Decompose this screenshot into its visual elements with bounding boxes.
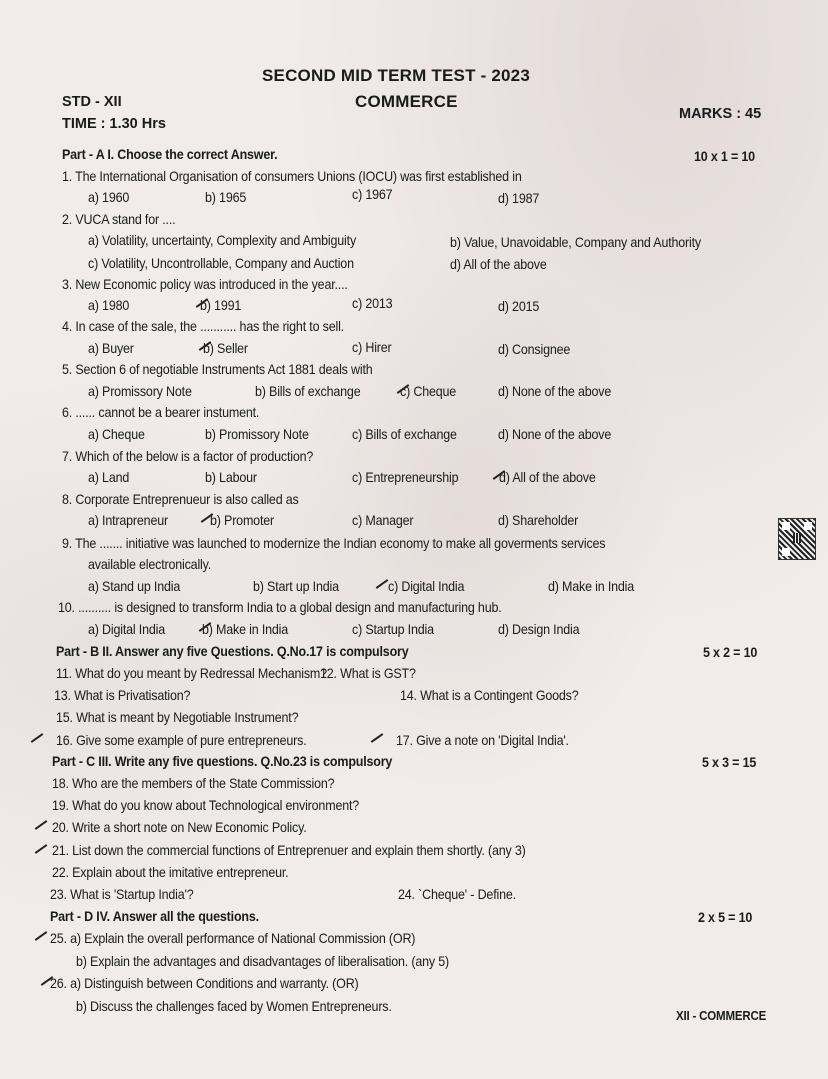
- marks-label: MARKS : 45: [679, 106, 761, 122]
- option: c) Volatility, Uncontrollable, Company a…: [88, 256, 354, 271]
- question-9-cont: available electronically.: [88, 557, 211, 572]
- question-19: 19. What do you know about Technological…: [52, 798, 359, 813]
- question-23: 23. What is 'Startup India'?: [50, 887, 194, 902]
- option: c) Startup India: [352, 622, 434, 637]
- question-13: 13. What is Privatisation?: [54, 688, 190, 703]
- question-4: 4. In case of the sale, the ........... …: [62, 319, 344, 334]
- option: a) Digital India: [88, 622, 165, 637]
- answer-tick-icon: [31, 733, 44, 743]
- question-24: 24. `Cheque' - Define.: [398, 887, 516, 902]
- option: a) Land: [88, 470, 129, 485]
- question-12: 12. What is GST?: [320, 666, 416, 681]
- option: d) Make in India: [548, 579, 634, 594]
- option: d) 2015: [498, 299, 539, 314]
- question-26b: b) Discuss the challenges faced by Women…: [76, 999, 392, 1014]
- part-d-marks: 2 x 5 = 10: [698, 910, 752, 925]
- option: a) 1980: [88, 298, 129, 313]
- part-b-heading: Part - B II. Answer any five Questions. …: [56, 644, 408, 659]
- question-6: 6. ...... cannot be a bearer instument.: [62, 405, 259, 420]
- answer-tick-icon: [376, 579, 389, 589]
- question-10: 10. .......... is designed to transform …: [58, 600, 502, 615]
- option: a) Cheque: [88, 427, 145, 442]
- option: b) Labour: [205, 470, 257, 485]
- question-14: 14. What is a Contingent Goods?: [400, 688, 579, 703]
- part-a-heading: Part - A I. Choose the correct Answer.: [62, 147, 277, 162]
- question-20: 20. Write a short note on New Economic P…: [52, 820, 307, 835]
- question-8: 8. Corporate Entreprenueur is also calle…: [62, 492, 299, 507]
- option: a) Volatility, uncertainty, Complexity a…: [88, 233, 356, 248]
- question-2: 2. VUCA stand for ....: [62, 212, 175, 227]
- time-label: TIME : 1.30 Hrs: [62, 116, 166, 132]
- option: d) All of the above: [450, 257, 547, 272]
- option: d) Design India: [498, 622, 579, 637]
- qr-code-icon: [778, 518, 816, 560]
- option: c) Digital India: [388, 579, 464, 594]
- question-3: 3. New Economic policy was introduced in…: [62, 277, 348, 292]
- question-26a: 26. a) Distinguish between Conditions an…: [50, 976, 359, 991]
- option: d) None of the above: [498, 427, 611, 442]
- question-18: 18. Who are the members of the State Com…: [52, 776, 334, 791]
- question-17: 17. Give a note on 'Digital India'.: [396, 733, 569, 748]
- question-7: 7. Which of the below is a factor of pro…: [62, 449, 313, 464]
- part-c-marks: 5 x 3 = 15: [702, 755, 756, 770]
- option: d) None of the above: [498, 384, 611, 399]
- exam-title: SECOND MID TERM TEST - 2023: [262, 66, 530, 86]
- question-9: 9. The ....... initiative was launched t…: [62, 536, 605, 551]
- question-16: 16. Give some example of pure entreprene…: [56, 733, 307, 748]
- answer-tick-icon: [35, 844, 48, 854]
- option: c) Hirer: [352, 340, 392, 355]
- part-c-heading: Part - C III. Write any five questions. …: [52, 754, 392, 769]
- footer-label: XII - COMMERCE: [676, 1009, 766, 1023]
- option: b) 1965: [205, 190, 246, 205]
- option: a) Intrapreneur: [88, 513, 168, 528]
- question-25b: b) Explain the advantages and disadvanta…: [76, 954, 449, 969]
- option: a) 1960: [88, 190, 129, 205]
- option: c) Entrepreneurship: [352, 470, 458, 485]
- answer-tick-icon: [35, 931, 48, 941]
- option: d) 1987: [498, 191, 539, 206]
- part-a-marks: 10 x 1 = 10: [694, 149, 755, 164]
- option: b) Value, Unavoidable, Company and Autho…: [450, 235, 701, 250]
- answer-tick-icon: [371, 733, 384, 743]
- question-21: 21. List down the commercial functions o…: [52, 843, 526, 858]
- question-5: 5. Section 6 of negotiable Instruments A…: [62, 362, 373, 377]
- std-label: STD - XII: [62, 94, 122, 110]
- option: a) Promissory Note: [88, 384, 192, 399]
- option: c) Manager: [352, 513, 413, 528]
- option: b) Promoter: [210, 513, 274, 528]
- option: b) Make in India: [202, 622, 288, 637]
- option: d) All of the above: [499, 470, 596, 485]
- option: a) Stand up India: [88, 579, 180, 594]
- part-b-marks: 5 x 2 = 10: [703, 645, 757, 660]
- option: d) Shareholder: [498, 513, 578, 528]
- question-11: 11. What do you meant by Redressal Mecha…: [56, 666, 327, 681]
- question-25a: 25. a) Explain the overall performance o…: [50, 931, 415, 946]
- option: b) Bills of exchange: [255, 384, 360, 399]
- subject-title: COMMERCE: [355, 92, 458, 112]
- part-d-heading: Part - D IV. Answer all the questions.: [50, 909, 259, 924]
- option: c) 1967: [352, 187, 392, 202]
- option: b) Start up India: [253, 579, 339, 594]
- question-22: 22. Explain about the imitative entrepre…: [52, 865, 288, 880]
- option: d) Consignee: [498, 342, 570, 357]
- option: b) Promissory Note: [205, 427, 309, 442]
- answer-tick-icon: [35, 820, 48, 830]
- option: c) 2013: [352, 296, 392, 311]
- option: c) Bills of exchange: [352, 427, 457, 442]
- option: a) Buyer: [88, 341, 134, 356]
- question-15: 15. What is meant by Negotiable Instrume…: [56, 710, 298, 725]
- question-1: 1. The International Organisation of con…: [62, 169, 522, 184]
